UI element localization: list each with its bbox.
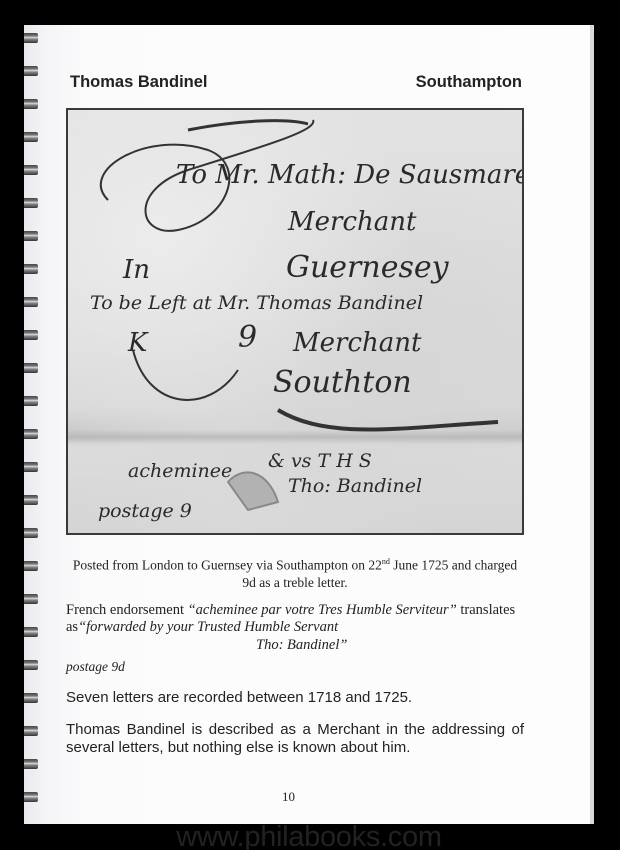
spiral-ring [24,330,38,340]
endorsement-paragraph: French endorsement “acheminee par votre … [66,602,526,636]
address-line-care-of: To be Left at Mr. Thomas Bandinel [90,292,423,314]
endorsement-as: as [66,619,78,635]
spiral-ring [24,726,38,736]
photo-caption: Posted from London to Guernsey via South… [66,553,524,591]
page-number: 10 [282,789,295,805]
letter-photo: To Mr. Math: De Sausmarez Merchant In Gu… [66,108,524,535]
running-header-place: Southampton [416,73,522,92]
spiral-ring [24,231,38,241]
spiral-ring [24,165,38,175]
address-line-merchant: Merchant [288,207,416,237]
address-k: K [128,328,147,358]
address-line-southton: Southton [273,365,412,400]
endorsement-french: “acheminee par votre Tres Humble Servite… [188,602,457,618]
spiral-ring [24,528,38,538]
spiral-ring [24,495,38,505]
address-line-merchant-2: Merchant [293,328,421,358]
body-paragraph-2: Thomas Bandinel is described as a Mercha… [66,721,524,757]
spiral-ring [24,264,38,274]
address-line-recipient: To Mr. Math: De Sausmarez [176,160,524,190]
caption-text-2: 9d as a treble letter. [242,575,347,590]
caption-sup: nd [382,557,390,566]
caption-text: June 1725 and charged [390,558,517,573]
endorsement-english: “forwarded by your Trusted Humble Servan… [78,619,338,635]
spiral-ring [24,198,38,208]
endorsement-initials: & vs T H S [268,450,372,472]
spiral-ring [24,363,38,373]
endorsement-translates: translates [457,602,515,618]
spiral-ring [24,429,38,439]
spiral-ring [24,792,38,802]
spiral-ring [24,594,38,604]
postage-text: postage 9d [66,658,526,675]
book-page: Thomas Bandinel Southampton To Mr. Math:… [24,25,594,824]
rate-mark: 9 [238,320,257,355]
body-paragraph-1: Seven letters are recorded between 1718 … [66,689,524,707]
endorsement-signature: Tho: Bandinel [288,475,422,497]
spiral-ring [24,561,38,571]
running-header-name: Thomas Bandinel [70,73,208,92]
spiral-ring [24,132,38,142]
spiral-ring [24,462,38,472]
endorsement-prefix: French endorsement [66,602,188,618]
spiral-ring [24,297,38,307]
spiral-ring [24,33,38,43]
watermark-url: www.philabooks.com [24,821,594,850]
spiral-ring [24,99,38,109]
caption-text: Posted from London to Guernsey via South… [73,558,382,573]
spiral-ring [24,627,38,637]
endorsement-acheminee: acheminee [128,460,232,482]
spiral-ring [24,66,38,76]
spiral-ring [24,759,38,769]
spiral-ring [24,693,38,703]
endorsement-signature-text: Tho: Bandinel” [256,637,347,654]
spiral-ring [24,660,38,670]
spiral-ring [24,396,38,406]
address-line-guernsey: Guernesey [286,250,449,285]
address-in: In [123,255,150,285]
postage-note: postage 9 [98,500,192,522]
